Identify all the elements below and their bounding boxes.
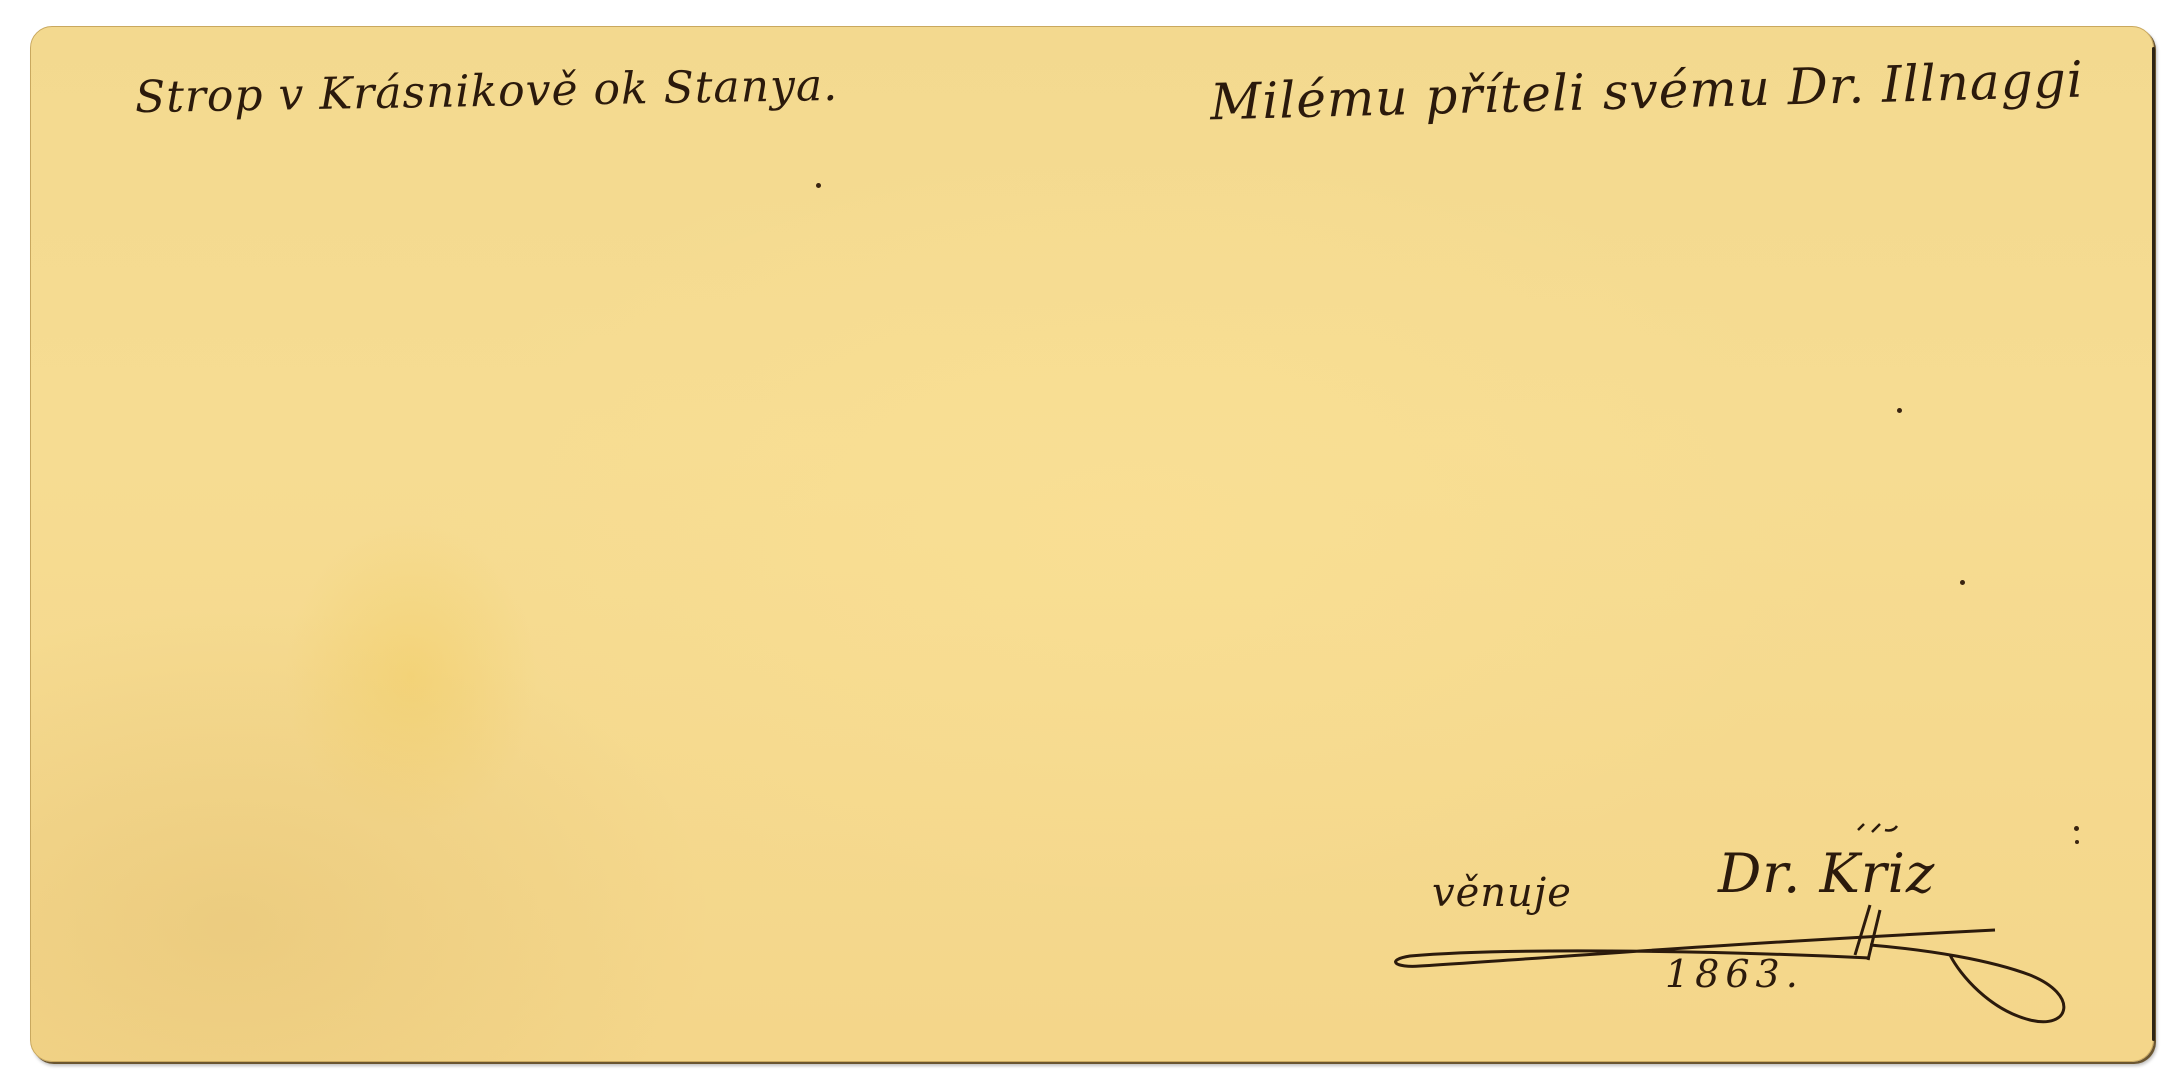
ink-speck [2075,840,2079,844]
ink-speck [816,183,821,188]
scan-background: Strop v Krásnikově ok Stanya. Milému pří… [0,0,2179,1092]
signature: Dr. Kriz [1718,842,1935,905]
stereoview-card-back [30,26,2154,1062]
ink-speck [2074,826,2079,831]
inscription-year: 1863. [1665,952,1804,996]
inscription-dedicates: věnuje [1432,870,1572,916]
ink-speck [1960,580,1965,585]
ink-speck [1897,408,1902,413]
